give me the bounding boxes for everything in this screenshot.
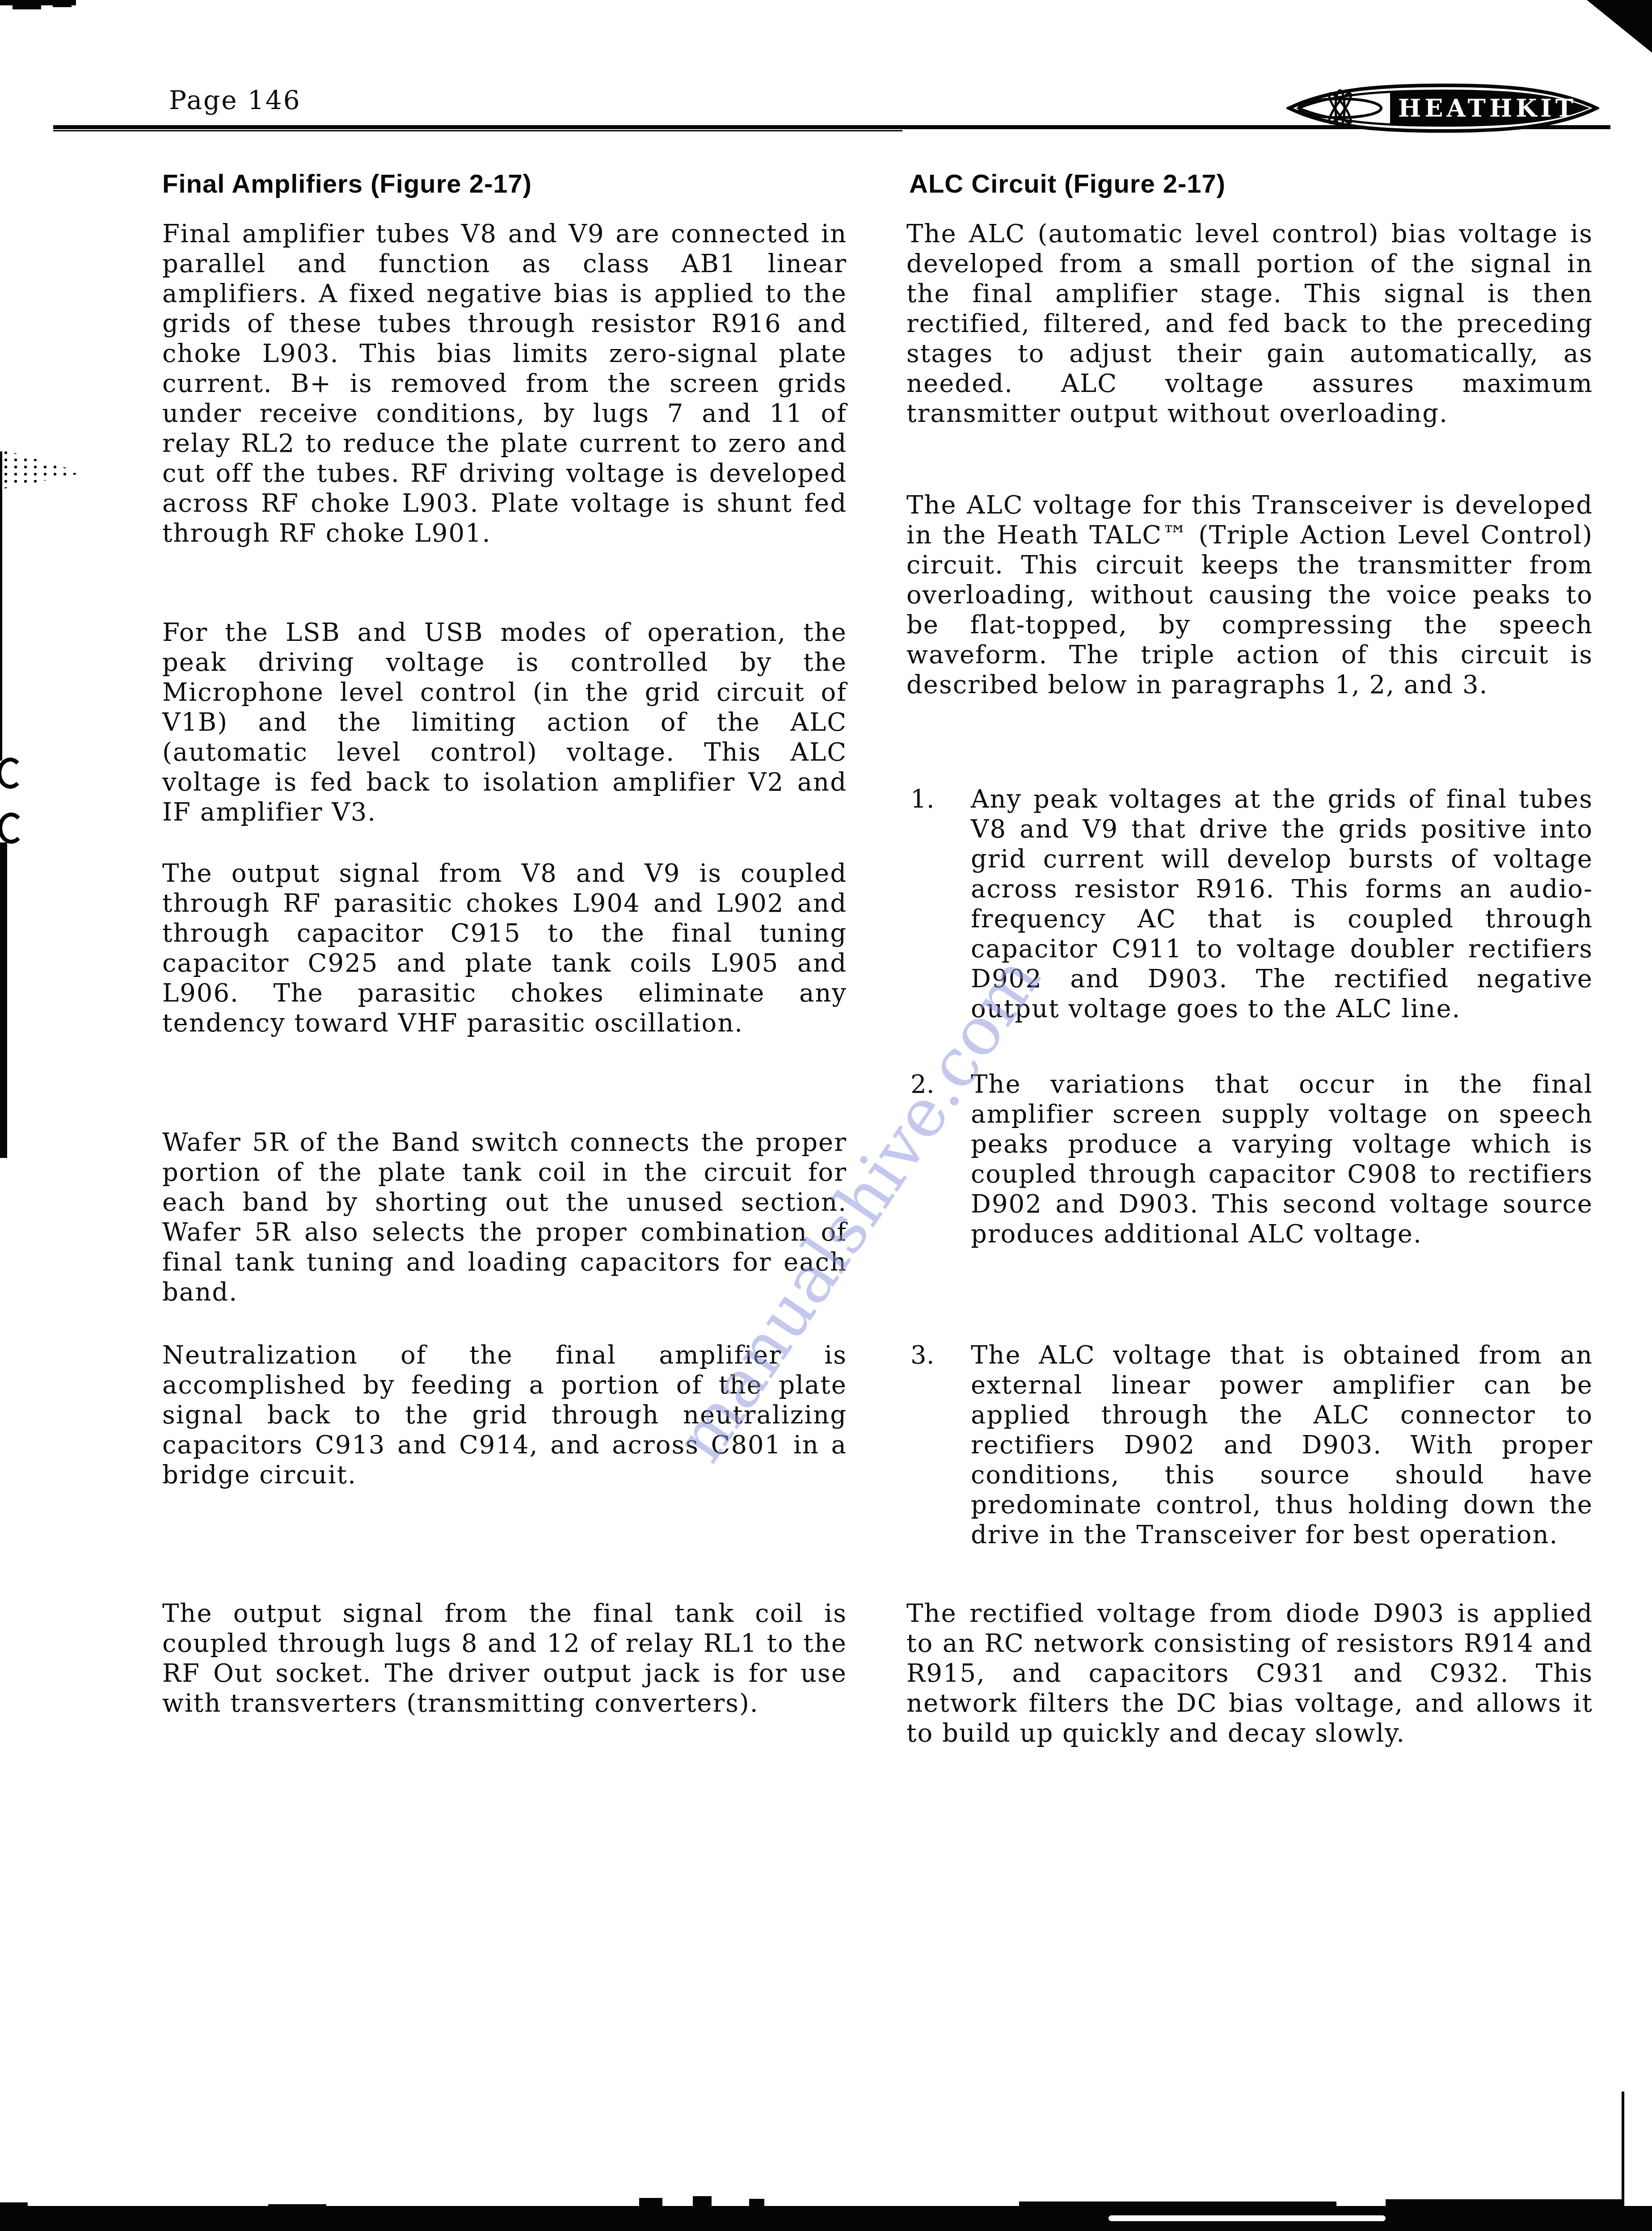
scan-artifact-bottom-band (749, 2199, 764, 2208)
paragraph: The ALC voltage for this Transceiver is … (906, 490, 1593, 700)
numbered-list-item: 1. Any peak voltages at the grids of fin… (906, 784, 1593, 1024)
scan-artifact-bottom-band (693, 2196, 712, 2208)
paragraph: For the LSB and USB modes of operation, … (162, 618, 847, 827)
scan-artifact-hook (0, 812, 24, 844)
paragraph: The output signal from V8 and V9 is coup… (162, 859, 847, 1038)
section-heading-alc-circuit: ALC Circuit (Figure 2-17) (909, 169, 1226, 199)
section-heading-final-amplifiers: Final Amplifiers (Figure 2-17) (162, 169, 532, 199)
registered-trademark-icon: ® (1582, 92, 1591, 103)
heathkit-logo: HEATHKIT ® (1286, 83, 1599, 134)
paragraph: Neutralization of the final amplifier is… (162, 1340, 847, 1490)
header-divider-echo (53, 130, 902, 131)
scan-artifact-bottom-band (639, 2198, 662, 2208)
scan-artifact-top-left (13, 0, 41, 9)
paragraph: The ALC (automatic level control) bias v… (906, 219, 1593, 429)
scan-artifact-bottom-band (1019, 2202, 1336, 2208)
scan-artifact-bottom-band (0, 2202, 28, 2208)
numbered-list-item: 2. The variations that occur in the fina… (906, 1069, 1593, 1249)
paragraph: The rectified voltage from diode D903 is… (906, 1599, 1593, 1748)
logo-text: HEATHKIT (1398, 94, 1577, 122)
page-number: Page 146 (169, 85, 301, 115)
scan-artifact-bottom-band (268, 2204, 326, 2208)
list-item-number: 3. (910, 1340, 934, 1370)
list-item-number: 1. (910, 784, 934, 814)
scan-artifact-vertical-line (1622, 2092, 1624, 2209)
paragraph: The output signal from the final tank co… (162, 1599, 847, 1718)
scan-artifact-speckle (1, 449, 84, 495)
scanned-manual-page: Page 146 HEATHKIT ® Final Amplifiers (Fi… (0, 0, 1652, 2231)
numbered-list-item: 3. The ALC voltage that is obtained from… (906, 1340, 1593, 1550)
list-item-number: 2. (910, 1069, 934, 1099)
scan-artifact-bottom-sliver (1108, 2215, 1386, 2221)
scan-artifact-edge-bar (0, 842, 7, 1158)
scan-artifact-bottom-band (1386, 2199, 1622, 2207)
paragraph: Final amplifier tubes V8 and V9 are conn… (162, 219, 847, 548)
list-item-text: The variations that occur in the final a… (971, 1069, 1593, 1249)
scan-artifact-corner-triangle (1587, 0, 1652, 53)
scan-artifact-edge-line (0, 451, 2, 761)
list-item-text: The ALC voltage that is obtained from an… (971, 1340, 1593, 1550)
scan-artifact-bottom-band (0, 2206, 1652, 2231)
heathkit-logo-graphic: HEATHKIT ® (1286, 83, 1599, 134)
list-item-text: Any peak voltages at the grids of final … (971, 784, 1593, 1024)
scan-artifact-hook (0, 758, 23, 789)
scan-artifact-top-left (53, 0, 72, 7)
paragraph: Wafer 5R of the Band switch connects the… (162, 1128, 847, 1307)
